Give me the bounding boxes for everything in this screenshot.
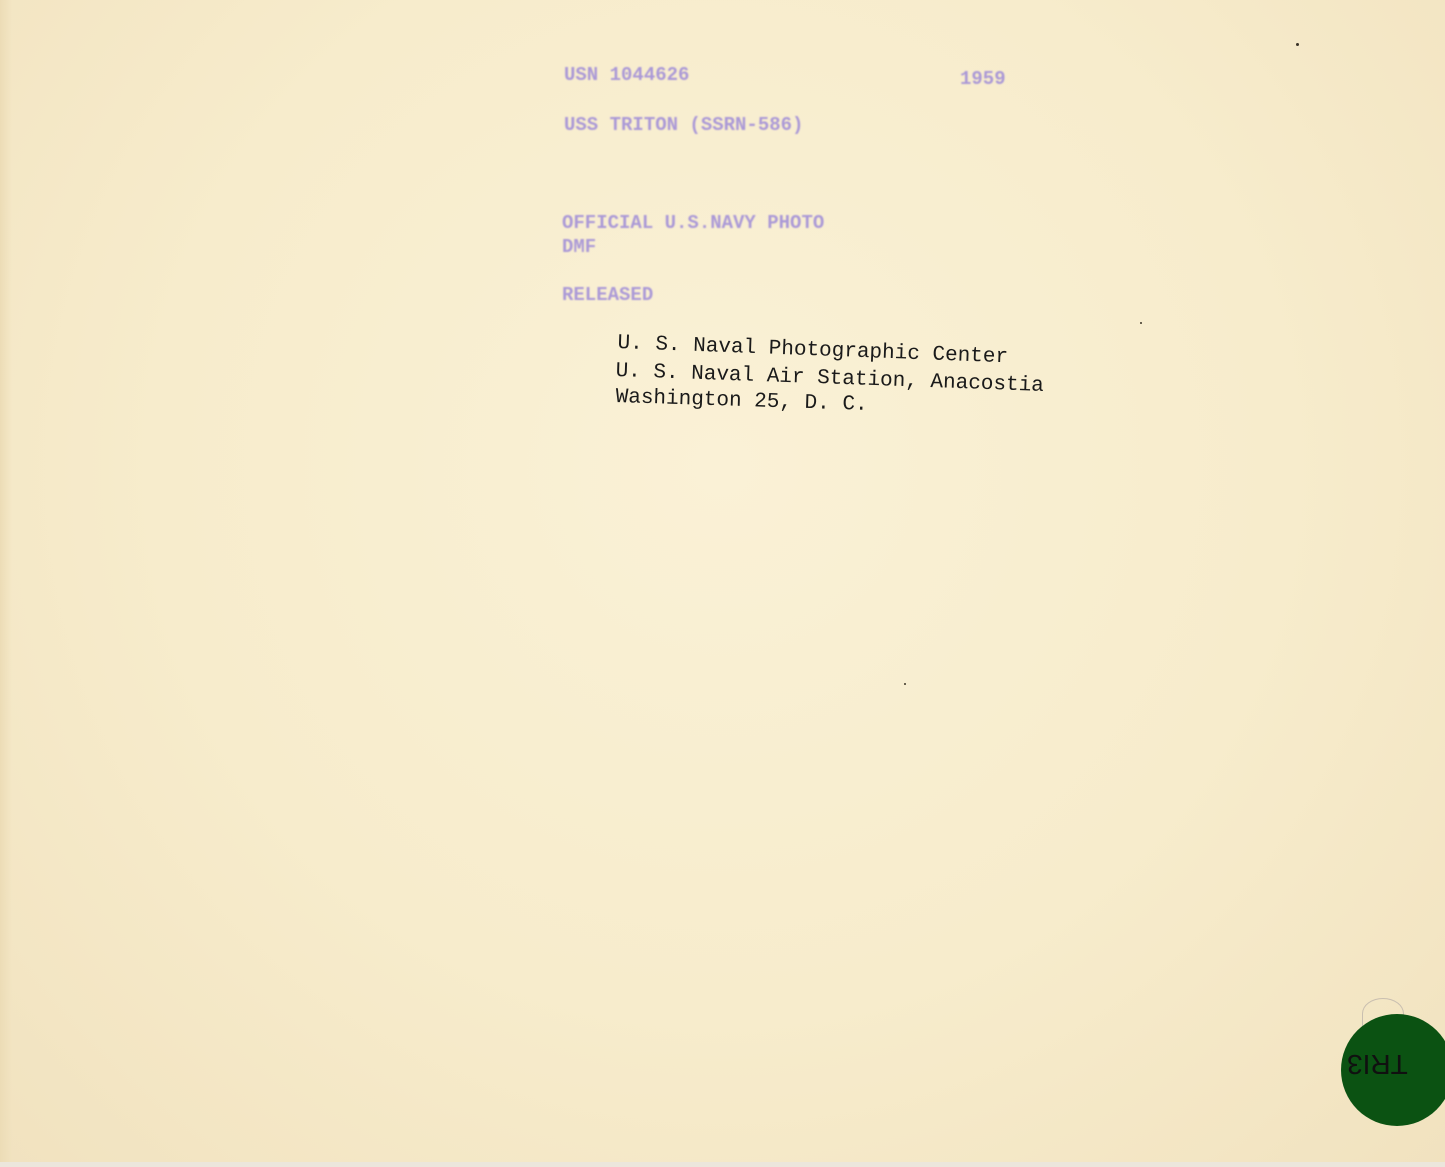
paper-speck bbox=[904, 683, 906, 685]
paper-speck bbox=[1296, 43, 1299, 46]
sticker-label: TRI3 bbox=[1347, 1048, 1408, 1080]
green-label-sticker: TRI3 bbox=[1341, 1014, 1445, 1126]
release-line-1: OFFICIAL U.S.NAVY PHOTO bbox=[562, 211, 824, 235]
subject-stamp: USS TRITON (SSRN-586) bbox=[564, 114, 803, 136]
year-stamp: 1959 bbox=[960, 68, 1006, 90]
address-line-3: Washington 25, D. C. bbox=[615, 386, 868, 417]
photo-back-paper: USN 1044626 1959 USS TRITON (SSRN-586) O… bbox=[0, 0, 1445, 1167]
release-stamp: OFFICIAL U.S.NAVY PHOTO RELEASED bbox=[562, 163, 824, 355]
paper-speck bbox=[1140, 322, 1142, 324]
initials-stamp: DMF bbox=[562, 236, 596, 258]
release-line-2: RELEASED bbox=[562, 283, 824, 307]
serial-number-stamp: USN 1044626 bbox=[564, 64, 689, 86]
